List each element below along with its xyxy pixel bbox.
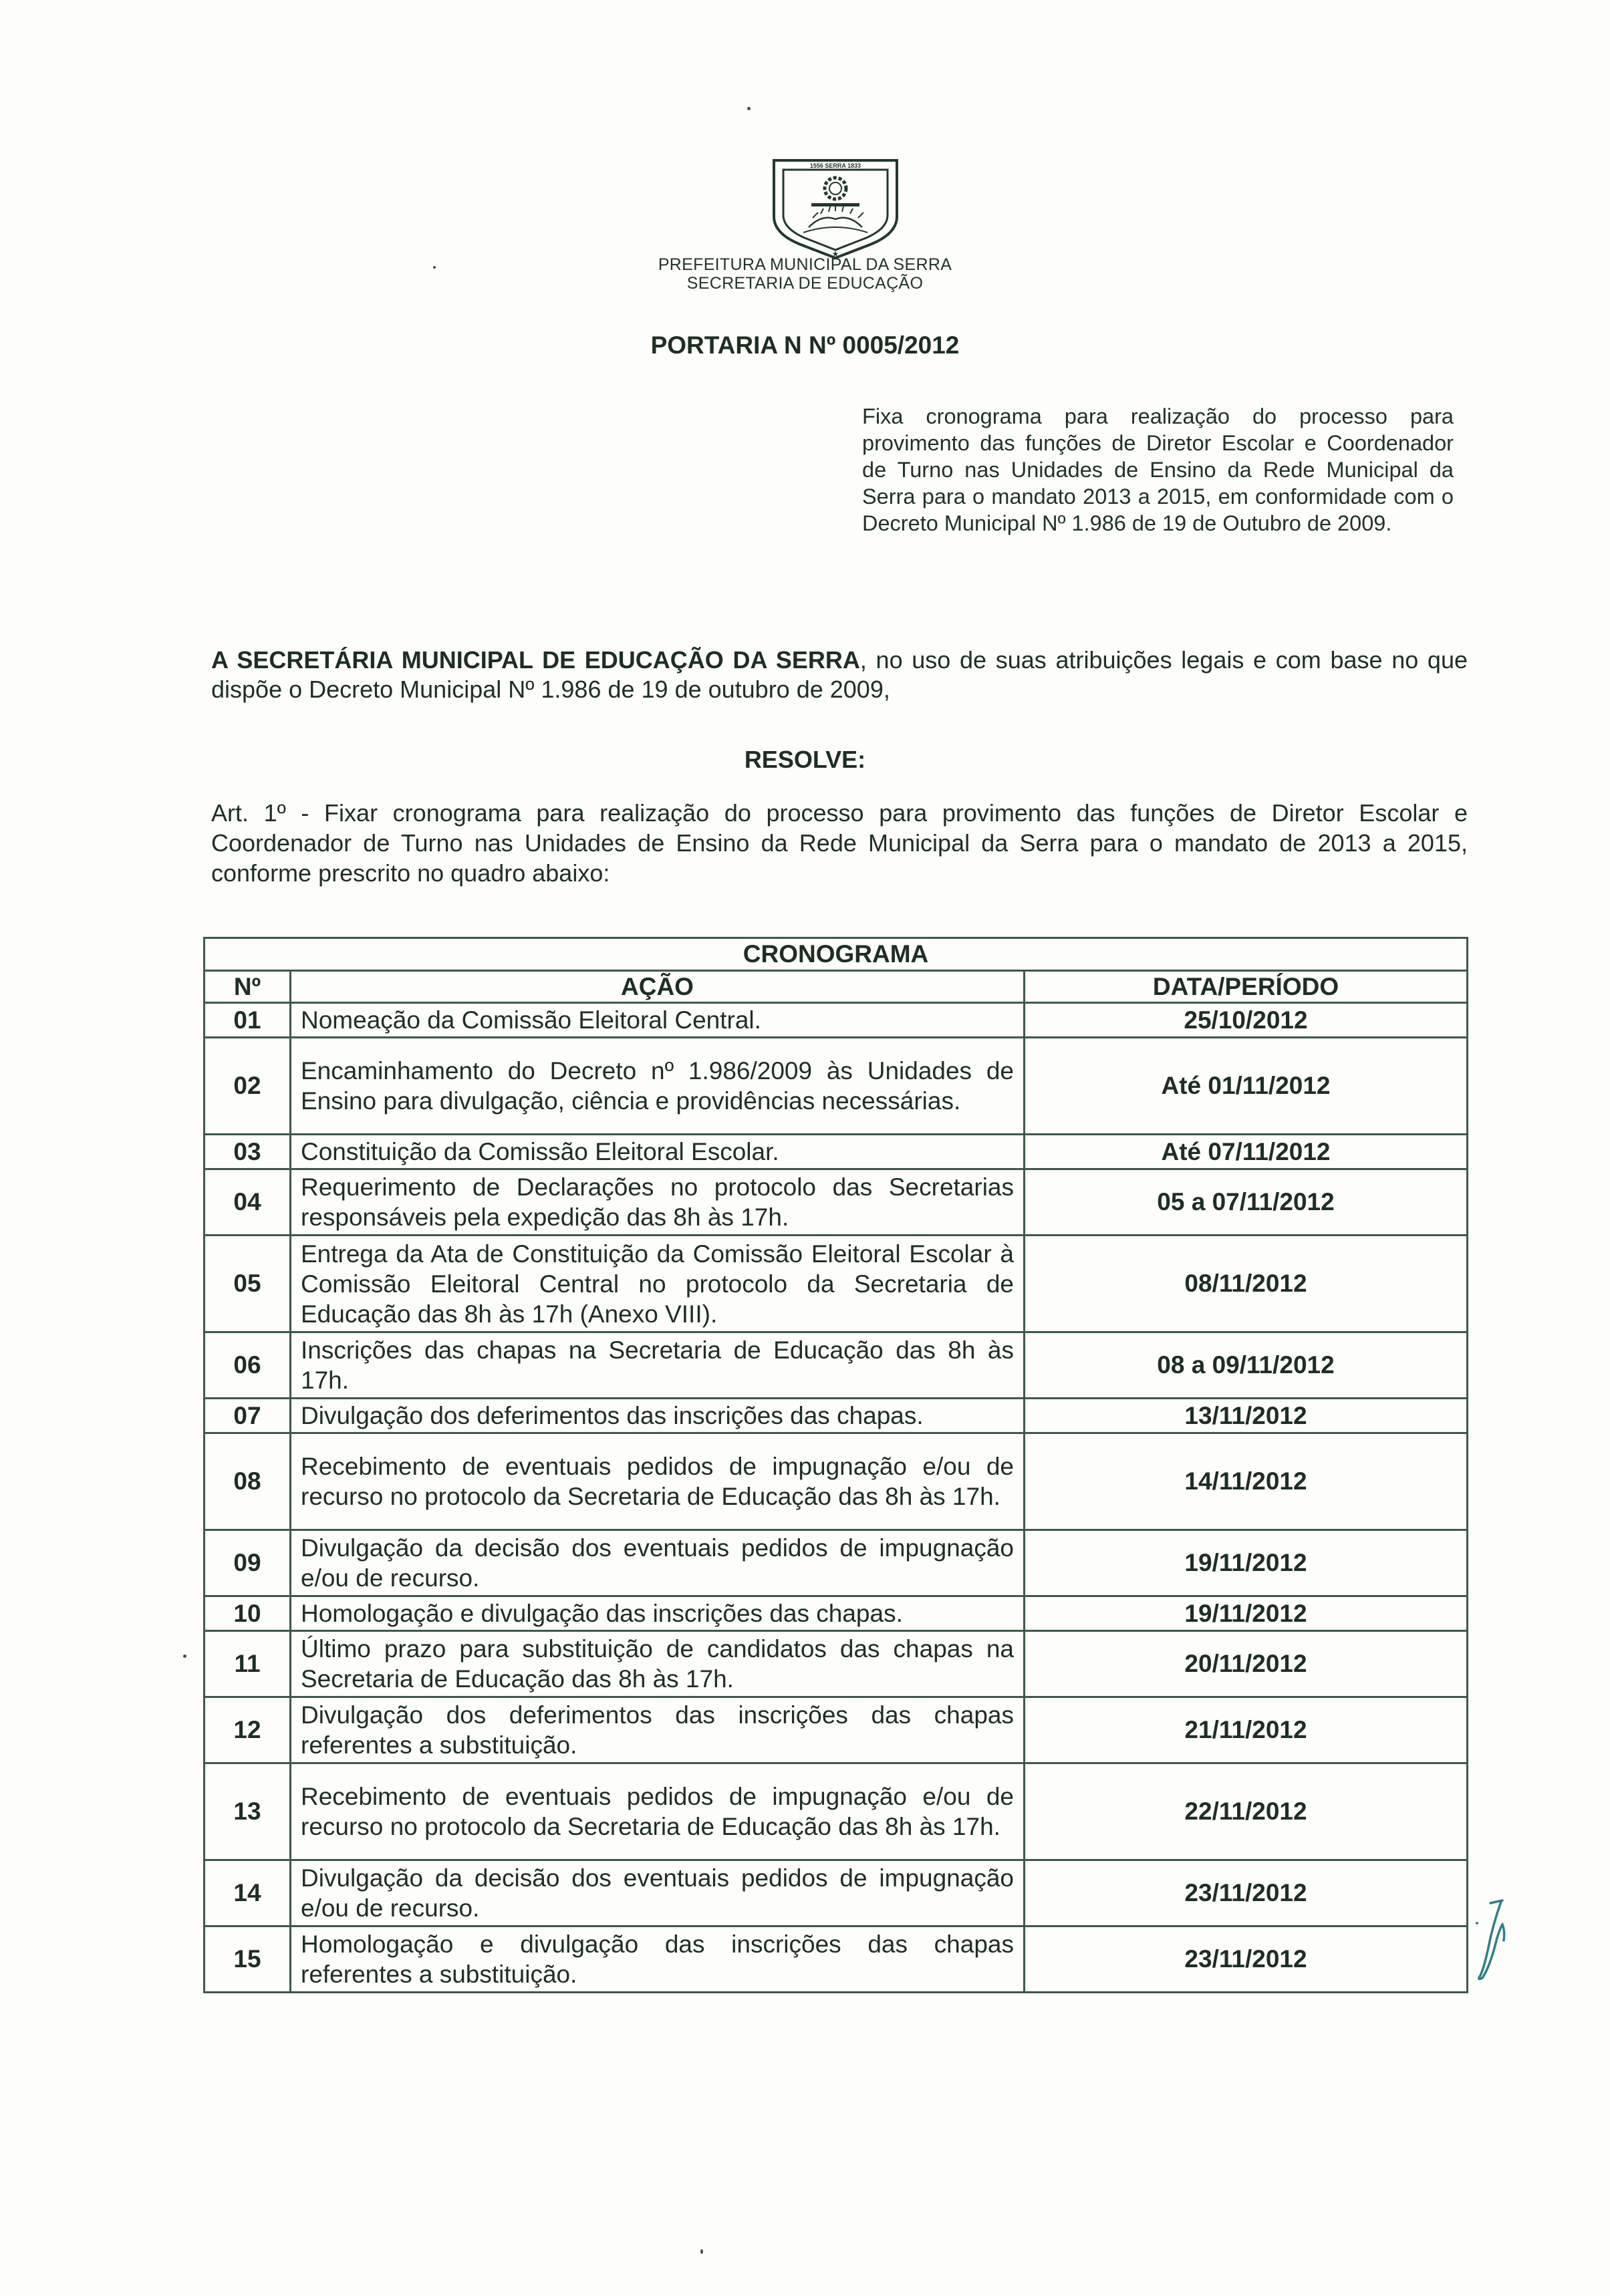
- article-1: Art. 1º - Fixar cronograma para realizaç…: [211, 798, 1468, 888]
- letterhead-line-1: PREFEITURA MUNICIPAL DA SERRA: [0, 255, 1610, 275]
- row-number: 14: [205, 1860, 291, 1926]
- table-row: 01Nomeação da Comissão Eleitoral Central…: [205, 1003, 1468, 1038]
- preamble-authority: A SECRETÁRIA MUNICIPAL DE EDUCAÇÃO DA SE…: [211, 646, 860, 674]
- resolve-heading: RESOLVE:: [0, 746, 1610, 774]
- row-number: 07: [205, 1399, 291, 1433]
- row-number: 05: [205, 1236, 291, 1332]
- table-row: 03Constituição da Comissão Eleitoral Esc…: [205, 1135, 1468, 1169]
- row-date: 23/11/2012: [1025, 1926, 1468, 1993]
- row-action: Recebimento de eventuais pedidos de impu…: [291, 1763, 1025, 1860]
- row-date: 19/11/2012: [1025, 1530, 1468, 1596]
- row-action: Divulgação dos deferimentos das inscriçõ…: [291, 1399, 1025, 1433]
- row-action: Nomeação da Comissão Eleitoral Central.: [291, 1003, 1025, 1038]
- schedule-table-body: 01Nomeação da Comissão Eleitoral Central…: [205, 1003, 1468, 1993]
- row-number: 11: [205, 1631, 291, 1697]
- row-action: Último prazo para substituição de candid…: [291, 1631, 1025, 1697]
- ementa-summary: Fixa cronograma para realização do proce…: [862, 403, 1454, 537]
- handwritten-initial-icon: [1470, 1891, 1517, 1985]
- row-action: Divulgação da decisão dos eventuais pedi…: [291, 1860, 1025, 1926]
- row-action: Encaminhamento do Decreto nº 1.986/2009 …: [291, 1038, 1025, 1135]
- table-row: 10Homologação e divulgação das inscriçõe…: [205, 1596, 1468, 1631]
- row-date: 25/10/2012: [1025, 1003, 1468, 1038]
- row-number: 10: [205, 1596, 291, 1631]
- table-row: 02Encaminhamento do Decreto nº 1.986/200…: [205, 1038, 1468, 1135]
- table-row: 04Requerimento de Declarações no protoco…: [205, 1169, 1468, 1236]
- row-date: Até 07/11/2012: [1025, 1135, 1468, 1169]
- row-number: 09: [205, 1530, 291, 1596]
- row-action: Divulgação da decisão dos eventuais pedi…: [291, 1530, 1025, 1596]
- table-row: 06Inscrições das chapas na Secretaria de…: [205, 1332, 1468, 1399]
- scan-speck: [433, 266, 436, 269]
- row-number: 01: [205, 1003, 291, 1038]
- scan-speck: [747, 107, 751, 110]
- scan-speck: [183, 1655, 186, 1658]
- row-date: 23/11/2012: [1025, 1860, 1468, 1926]
- row-action: Entrega da Ata de Constituição da Comiss…: [291, 1236, 1025, 1332]
- row-date: 19/11/2012: [1025, 1596, 1468, 1631]
- table-row: 05Entrega da Ata de Constituição da Comi…: [205, 1236, 1468, 1332]
- row-date: 08/11/2012: [1025, 1236, 1468, 1332]
- row-action: Constituição da Comissão Eleitoral Escol…: [291, 1135, 1025, 1169]
- row-action: Homologação e divulgação das inscrições …: [291, 1596, 1025, 1631]
- row-date: 22/11/2012: [1025, 1763, 1468, 1860]
- row-number: 15: [205, 1926, 291, 1993]
- row-number: 04: [205, 1169, 291, 1236]
- row-action: Recebimento de eventuais pedidos de impu…: [291, 1433, 1025, 1530]
- table-row: 08Recebimento de eventuais pedidos de im…: [205, 1433, 1468, 1530]
- row-action: Inscrições das chapas na Secretaria de E…: [291, 1332, 1025, 1399]
- table-row: 11Último prazo para substituição de cand…: [205, 1631, 1468, 1697]
- row-action: Divulgação dos deferimentos das inscriçõ…: [291, 1697, 1025, 1763]
- row-number: 08: [205, 1433, 291, 1530]
- row-date: 13/11/2012: [1025, 1399, 1468, 1433]
- column-header-date: DATA/PERÍODO: [1025, 971, 1468, 1003]
- table-row: 15Homologação e divulgação das inscriçõe…: [205, 1926, 1468, 1993]
- row-date: 08 a 09/11/2012: [1025, 1332, 1468, 1399]
- table-row: 14Divulgação da decisão dos eventuais pe…: [205, 1860, 1468, 1926]
- row-date: 14/11/2012: [1025, 1433, 1468, 1530]
- crest-motto: 1556 SERRA 1833: [810, 162, 861, 169]
- row-date: 05 a 07/11/2012: [1025, 1169, 1468, 1236]
- table-row: 07Divulgação dos deferimentos das inscri…: [205, 1399, 1468, 1433]
- row-date: 20/11/2012: [1025, 1631, 1468, 1697]
- row-action: Homologação e divulgação das inscrições …: [291, 1926, 1025, 1993]
- table-row: 12Divulgação dos deferimentos das inscri…: [205, 1697, 1468, 1763]
- column-header-number: Nº: [205, 971, 291, 1003]
- document-title: PORTARIA N Nº 0005/2012: [0, 331, 1610, 360]
- row-number: 03: [205, 1135, 291, 1169]
- table-row: 13Recebimento de eventuais pedidos de im…: [205, 1763, 1468, 1860]
- schedule-table: CRONOGRAMA Nº AÇÃO DATA/PERÍODO 01Nomeaç…: [203, 937, 1468, 1993]
- column-header-action: AÇÃO: [291, 971, 1025, 1003]
- municipal-crest-icon: 1556 SERRA 1833 ★: [770, 155, 901, 262]
- table-row: 09Divulgação da decisão dos eventuais pe…: [205, 1530, 1468, 1596]
- row-action: Requerimento de Declarações no protocolo…: [291, 1169, 1025, 1236]
- letterhead-line-2: SECRETARIA DE EDUCAÇÃO: [0, 274, 1610, 293]
- preamble-paragraph: A SECRETÁRIA MUNICIPAL DE EDUCAÇÃO DA SE…: [211, 645, 1468, 704]
- row-number: 02: [205, 1038, 291, 1135]
- scan-speck: [700, 2249, 703, 2254]
- schedule-table-title: CRONOGRAMA: [205, 938, 1468, 971]
- row-number: 06: [205, 1332, 291, 1399]
- row-date: Até 01/11/2012: [1025, 1038, 1468, 1135]
- row-number: 13: [205, 1763, 291, 1860]
- row-number: 12: [205, 1697, 291, 1763]
- row-date: 21/11/2012: [1025, 1697, 1468, 1763]
